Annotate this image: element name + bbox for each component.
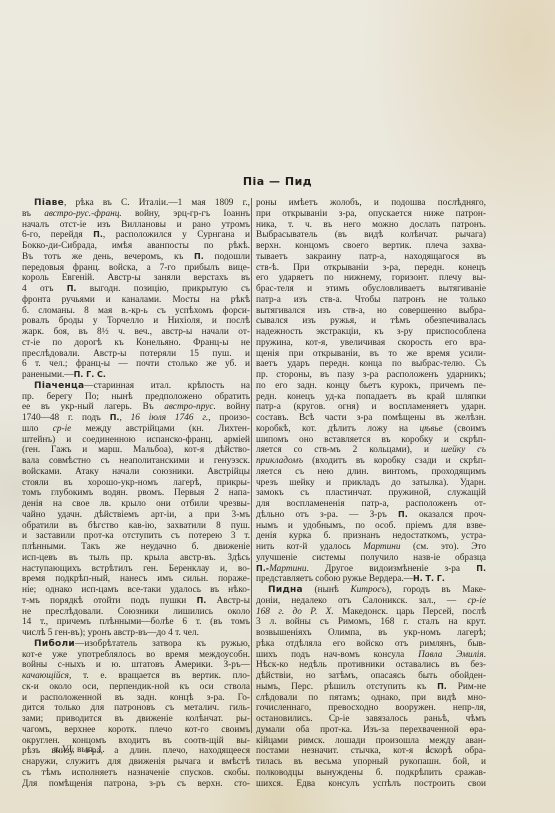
- text-run: 1740—48 г. подъ: [22, 413, 110, 423]
- text-line: ст-іе по дорогѣ къ Конельяно. Франц-ы не: [22, 338, 250, 349]
- text-run: . Другое видоизмѣненіе з-ра: [306, 564, 476, 574]
- text-line: не преслѣдовали. Союзники лишились около: [22, 607, 250, 618]
- text-line: Пиболи—изобрѣтатель затвора къ ружью,: [22, 639, 250, 650]
- italic-text: австро-рус.-франц.: [44, 209, 121, 219]
- text-line: тилась въ весьма упорный рукопашн. бой, …: [256, 757, 486, 768]
- text-run: тилась въ весьма упорный рукопашн. бой, …: [256, 757, 486, 767]
- text-line: денія курка б. признанъ недостаткомъ, ус…: [256, 531, 486, 542]
- text-line: ляется со ств-мъ 2 кольцами), и шейку съ: [256, 445, 486, 456]
- text-run: наступающихъ встрѣтилъ ген. Беренклау и,…: [22, 564, 250, 574]
- footer-volume-note: т. VI, вып. 1.: [54, 745, 105, 755]
- text-run: плѣнными. Такъ же неудачно б. движеніе: [22, 542, 250, 552]
- text-line: по его задн. концу бьетъ курокъ, причемъ…: [256, 381, 486, 392]
- text-run: ), городъ въ Маке-: [386, 585, 486, 595]
- text-run: роны имѣетъ жолобъ, и подошва послѣдняго…: [256, 198, 486, 208]
- text-run: выгодн. позицію, прикрытую съ: [76, 284, 250, 294]
- text-line: время подкрѣп-ный, нанесъ имъ сильн. пор…: [22, 574, 250, 585]
- italic-text: прикладомъ: [256, 456, 303, 466]
- text-line: Нѣск-ко недѣль противники оставались въ …: [256, 660, 486, 671]
- abbrev-text: П.: [437, 682, 447, 691]
- running-head: Піа — Пид: [0, 175, 555, 188]
- text-run: .: [484, 650, 486, 660]
- italic-text: ср-іе: [53, 424, 72, 434]
- text-line: Піаве, рѣка въ С. Италіи.—1 мая 1809 г.,: [22, 198, 250, 209]
- italic-text: австро-прус.: [164, 402, 216, 412]
- text-line: патр-а (кругов. огня) и воспламеняетъ уд…: [256, 402, 486, 413]
- text-run: 6-го, перейдя: [22, 230, 93, 240]
- text-run: ніе; однако исп-цамъ все-таки удалось въ…: [22, 585, 250, 595]
- text-run: передовыя франц. войска, а 7-го прибылъ …: [22, 263, 250, 273]
- text-run: подошли: [204, 252, 250, 262]
- text-run: король Евгеній. Австр-ы заняли верстахъ …: [22, 273, 250, 283]
- text-run: денія на свое лв. крыло они отбили чрезв…: [22, 499, 250, 509]
- italic-text: Мартини: [269, 564, 306, 574]
- text-run: чагомъ, верхнее коротк. плечо кот-го сво…: [22, 725, 250, 735]
- text-line: представляетъ собою ружье Вердера.—Н. Т.…: [256, 574, 486, 585]
- text-line: преслѣдовали. Австр-ы потеряли 15 пуш. и: [22, 349, 250, 360]
- text-line: въ австро-рус.-франц. войну, эрц-гр-гъ І…: [22, 209, 250, 220]
- text-run: патр-а изъ ств-а. Чтобы патронъ не тольк…: [256, 295, 486, 305]
- text-line: роны имѣетъ жолобъ, и подошва послѣдняго…: [256, 198, 486, 209]
- text-line: и заставили прот-ка отступить съ потерею…: [22, 531, 250, 542]
- text-line: войны с-ныхъ и ю. штатовъ Америки. З-ръ—: [22, 660, 250, 671]
- text-run: патр-а (кругов. огня) и воспламеняетъ уд…: [256, 402, 486, 412]
- text-run: кот-е уже употреблялось во время междоус…: [22, 650, 250, 660]
- text-line: 1740—48 г. подъ П., 16 іюля 1746 г., про…: [22, 413, 250, 424]
- text-line: гочисленнаго, превосходно вооружен. непр…: [256, 703, 486, 714]
- text-line: ника, т. ч. въ него можно дослать патрон…: [256, 220, 486, 231]
- text-line: зами; приводится въ движеніе колѣнчат. р…: [22, 714, 250, 725]
- footer-signature-number: 1: [426, 745, 431, 755]
- text-line: фронта ручьями и каналами. Мосты на рѣкѣ: [22, 295, 250, 306]
- text-line: 4 отъ П. выгодн. позицію, прикрытую съ: [22, 284, 250, 295]
- text-run: не преслѣдовали. Союзники лишились около: [22, 607, 250, 617]
- text-run: Въ тотъ же день, вечеромъ, къ: [22, 252, 194, 262]
- abbrev-text: П.: [93, 230, 103, 239]
- text-line: (ген. Гажъ и марш. Мальбоа), кот-я дѣйст…: [22, 445, 250, 456]
- text-run: , т. е. вращается въ вертик. пло-: [69, 671, 250, 681]
- text-run: (ген. Гажъ и марш. Мальбоа), кот-я дѣйст…: [22, 445, 250, 455]
- italic-text: качающійся: [22, 671, 69, 681]
- text-line: дѣльно отъ з-ра. — З-ръ П. оказался проч…: [256, 510, 486, 521]
- text-run: преслѣдовали. Австр-ы потеряли 15 пуш. и: [22, 349, 250, 359]
- text-line: патр-а изъ ств-а. Чтобы патронъ не тольк…: [256, 295, 486, 306]
- text-line: улучшеніе системы получило назв-іе образ…: [256, 553, 486, 564]
- abbrev-text: П. Г. С.: [74, 370, 106, 379]
- text-run: Для помѣщенія патрона, з-ръ съ верхн. ст…: [22, 779, 250, 789]
- text-line: полководцы вынуждены б. подкрѣпить сража…: [256, 768, 486, 779]
- text-run: ст-іе по дорогѣ къ Конельяно. Франц-ы не: [22, 338, 250, 348]
- text-line: редн. конецъ уд-ка попадаетъ въ край шля…: [256, 392, 486, 403]
- text-run: 6 т. чел.; франц-ы — почти столько же уб…: [22, 359, 250, 369]
- italic-text: шейку съ: [441, 445, 486, 455]
- text-line: б. сломаны. 8 мая в.-кр-ь съ успѣхомъ фо…: [22, 306, 250, 317]
- text-line: дится только для патроновъ съ металич. г…: [22, 703, 250, 714]
- text-line: рѣка отдѣляла его войско отъ римлянъ, бы…: [256, 639, 486, 650]
- text-run: исп-цевъ въ тылъ пр. крыла австр-въ. Здѣ…: [22, 553, 250, 563]
- entry-headword: Піаченца: [34, 381, 84, 391]
- text-run: Нѣск-ко недѣль противники оставались въ …: [256, 660, 486, 670]
- text-line: 3 л. войны съ Римомъ, 168 г. сталъ на кр…: [256, 617, 486, 628]
- text-line: Пидна (нынѣ Китросъ), городъ въ Маке-: [256, 585, 486, 596]
- text-line: Піаченца—старинная итал. крѣпость на: [22, 381, 250, 392]
- text-line: ніе; однако исп-цамъ все-таки удалось въ…: [22, 585, 250, 596]
- text-run: Бокко-ди-Сибрада, имѣя аванпосты по рѣкѣ…: [22, 241, 250, 251]
- text-line: жарк. боя, въ 8½ ч. веч., австр-ы начали…: [22, 327, 250, 338]
- text-line: его ударяетъ по нижнему, горизонт. плечу…: [256, 273, 486, 284]
- text-run: вытягивался изъ ств-а, но совершенно выб…: [256, 306, 486, 316]
- text-run: коробкѣ, кот. дѣлитъ ложу на: [256, 424, 419, 434]
- italic-text: 16 іюля 1746 г.: [131, 413, 209, 423]
- text-run: время подкрѣп-ный, нанесъ имъ сильн. пор…: [22, 574, 250, 584]
- text-line: денія на свое лв. крыло они отбили чрезв…: [22, 499, 250, 510]
- text-line: кійцами римск. лошади произошла между ав…: [256, 736, 486, 747]
- text-line: пр. стороны, въ пазу з-ра расположенъ уд…: [256, 370, 486, 381]
- text-run: (нынѣ: [303, 585, 351, 595]
- text-line: съ тѣмъ исполняетъ назначеніе спусков. с…: [22, 768, 250, 779]
- text-line: сывался изъ ружья, и тѣмъ обезпечивалась: [256, 316, 486, 327]
- text-run: надежность экстракціи, къ з-ру приспособ…: [256, 327, 486, 337]
- text-run: денія курка б. признанъ недостаткомъ, ус…: [256, 531, 486, 541]
- text-line: доніи, недалеко отъ Салоникск. зал., — с…: [256, 596, 486, 607]
- text-run: шло: [22, 424, 53, 434]
- text-line: томъ глубокимъ водян. рвомъ. Первыя 2 на…: [22, 488, 250, 499]
- text-line: замокъ съ пластинчат. пружиной, служащій: [256, 488, 486, 499]
- text-run: б. сломаны. 8 мая в.-кр-ь съ успѣхомъ фо…: [22, 306, 250, 316]
- italic-text: цѣвье: [419, 424, 442, 434]
- text-run: верхн. концомъ своего вертик. плеча захв…: [256, 241, 486, 251]
- text-line: тываетъ закраину патр-а, находящагося въ: [256, 252, 486, 263]
- abbrev-text: П.: [197, 596, 207, 605]
- text-run: остановились. Ср-іе завязалось раньѣ, чѣ…: [256, 714, 486, 724]
- text-line: составъ. Всѣ части з-ра помѣщены въ желѣ…: [256, 413, 486, 424]
- text-run: снаружи, служитъ для движенія рычага и в…: [22, 757, 250, 767]
- italic-text: ср-іе: [467, 596, 486, 606]
- text-run: и расположенной въ задн. концѣ з-ра. Го-: [22, 693, 250, 703]
- text-run: округлен. концомъ входитъ въ соотв-щій в…: [22, 736, 250, 746]
- text-run: представляетъ собою ружье Вердера.—: [256, 574, 413, 584]
- text-run: (см. это). Это: [401, 542, 486, 552]
- text-run: , рѣка въ С. Италіи.—1 мая 1809 г.,: [64, 198, 250, 208]
- text-line: исп-цевъ въ тылъ пр. крыла австр-въ. Здѣ…: [22, 553, 250, 564]
- text-run: сывался изъ ружья, и тѣмъ обезпечивалась: [256, 316, 486, 326]
- text-line: вытягивался изъ ств-а, но совершенно выб…: [256, 306, 486, 317]
- text-run: ств-ѣ. При открываніи з-ра, передн. коне…: [256, 263, 486, 273]
- text-run: войну: [216, 402, 250, 412]
- entry-headword: Пидна: [268, 585, 303, 595]
- text-run: пр. берегу По; нынѣ предположено обратит…: [22, 392, 250, 402]
- text-line: нить кот-й удалось Мартини (см. это). Эт…: [256, 542, 486, 553]
- text-run: постами незначит. стычка, кот-я вскорѣ о…: [256, 746, 486, 756]
- text-run: между австрійцами (кн. Лихтен-: [71, 424, 250, 434]
- right-column: роны имѣетъ жолобъ, и подошва послѣдняго…: [256, 198, 486, 789]
- text-run: (входитъ въ коробку сзади и скрѣп-: [303, 456, 486, 466]
- text-run: —старинная итал. крѣпость на: [84, 381, 250, 391]
- italic-text: Павла Эмилія: [418, 650, 484, 660]
- text-line: пружина, кот-я, увеличивая скорость его …: [256, 338, 486, 349]
- text-run: шипомъ оно вставляется въ коробку и скрѣ…: [256, 435, 486, 445]
- text-line: ее въ укр-ный лагерь. Въ австро-прус. во…: [22, 402, 250, 413]
- entry-headword: Пиболи: [34, 639, 75, 649]
- text-line: шихъ подъ нач-вомъ консула Павла Эмилія.: [256, 650, 486, 661]
- encyclopedia-page: Піа — Пид Піаве, рѣка въ С. Италіи.—1 ма…: [0, 0, 555, 813]
- text-run: ее въ укр-ный лагерь. Въ: [22, 402, 164, 412]
- text-run: ,: [119, 413, 130, 423]
- text-line: качающійся, т. е. вращается въ вертик. п…: [22, 671, 250, 682]
- text-line: ровалъ броды у Торчелло и Нихіоля, и пос…: [22, 316, 250, 327]
- italic-text: Китросъ: [350, 585, 386, 595]
- text-line: 6 т. чел.; франц-ы — почти столько же уб…: [22, 359, 250, 370]
- text-line: вала совмѣстно съ неаполитанскими и гену…: [22, 456, 250, 467]
- text-run: пр. стороны, въ пазу з-ра расположенъ уд…: [256, 370, 486, 380]
- text-line: остановились. Ср-іе завязалось раньѣ, чѣ…: [256, 714, 486, 725]
- text-run: 4 отъ: [22, 284, 67, 294]
- text-line: Бокко-ди-Сибрада, имѣя аванпосты по рѣкѣ…: [22, 241, 250, 252]
- text-line: штейнъ) и соединенною испанско-франц. ар…: [22, 435, 250, 446]
- text-line: наступающихъ встрѣтилъ ген. Беренклау и,…: [22, 564, 250, 575]
- text-run: войны с-ныхъ и ю. штатовъ Америки. З-ръ—: [22, 660, 250, 670]
- text-line: постами незначит. стычка, кот-я вскорѣ о…: [256, 746, 486, 757]
- text-line: П.-Мартини. Другое видоизмѣненіе з-ра П.: [256, 564, 486, 575]
- text-run: (своимъ: [443, 424, 486, 434]
- text-run: зами; приводится въ движеніе колѣнчат. р…: [22, 714, 250, 724]
- text-run: брас-теля и этимъ обусловливаетъ вытягив…: [256, 284, 486, 294]
- text-line: нымъ, Перс. рѣшилъ отступить къ П. Рим-н…: [256, 682, 486, 693]
- text-line: щенія при открываніи, въ то же время уси…: [256, 349, 486, 360]
- text-run: Македонск. царь Персей, послѣ: [334, 607, 486, 617]
- italic-text: Мартини: [363, 542, 400, 552]
- text-run: его ударяетъ по нижнему, горизонт. плечу…: [256, 273, 486, 283]
- text-line: и расположенной въ задн. концѣ з-ра. Го-: [22, 693, 250, 704]
- text-run: —изобрѣтатель затвора къ ружью,: [75, 639, 250, 649]
- text-line: коробкѣ, кот. дѣлитъ ложу на цѣвье (свои…: [256, 424, 486, 435]
- text-line: шихся. Едва консулъ успѣлъ построить сво…: [256, 779, 486, 790]
- abbrev-text: П.-: [256, 564, 269, 573]
- text-line: Для помѣщенія патрона, з-ръ съ верхн. ст…: [22, 779, 250, 790]
- text-run: , расположился у Сурнгана и: [103, 230, 250, 240]
- text-run: ваетъ ударъ передн. конца по выбрас-телю…: [256, 359, 486, 369]
- text-line: для воспламененія патр-а, расположенъ от…: [256, 499, 486, 510]
- text-run: шихъ подъ нач-вомъ консула: [256, 650, 418, 660]
- text-line: чайно удачн. дѣйствіемъ арт-іи, а при 3-…: [22, 510, 250, 521]
- text-line: ранеными.—П. Г. С.: [22, 370, 250, 381]
- text-run: нить кот-й удалось: [256, 542, 363, 552]
- text-run: составъ. Всѣ части з-ра помѣщены въ желѣ…: [256, 413, 486, 423]
- text-run: оказался проч-: [408, 510, 486, 520]
- text-run: щенія при открываніи, въ то же время уси…: [256, 349, 486, 359]
- text-run: началъ отст-іе изъ Виллановы и рано утро…: [22, 220, 250, 230]
- text-run: улучшеніе системы получило назв-іе образ…: [256, 553, 486, 563]
- text-line: кот-е уже употреблялось во время междоус…: [22, 650, 250, 661]
- text-run: чайно удачн. дѣйствіемъ арт-іи, а при 3-…: [22, 510, 250, 520]
- text-run: числѣ 5 ген-въ); уронъ австр-въ—до 4 т. …: [22, 628, 199, 638]
- text-run: кійцами римск. лошади произошла между ав…: [256, 736, 486, 746]
- text-line: шло ср-іе между австрійцами (кн. Лихтен-: [22, 424, 250, 435]
- text-line: надежность экстракціи, къ з-ру приспособ…: [256, 327, 486, 338]
- text-line: верхн. концомъ своего вертик. плеча захв…: [256, 241, 486, 252]
- abbrev-text: П.: [110, 413, 120, 422]
- text-run: замокъ съ пластинчат. пружиной, служащій: [256, 488, 486, 498]
- italic-text: 168 г. до Р. Х.: [256, 607, 334, 617]
- text-run: Австр-ы: [206, 596, 250, 606]
- text-run: ск-и около оси, перпендик-ной къ оси ств…: [22, 682, 250, 692]
- text-run: т-мъ порядкѣ отойти подъ пушки: [22, 596, 197, 606]
- abbrev-text: Н. Т. Г.: [413, 574, 445, 583]
- text-line: думали оба прот-ка. Изъ-за перехваченной…: [256, 725, 486, 736]
- text-run: дѣйствіи, но затѣмъ, опасаясь быть обойд…: [256, 671, 486, 681]
- text-run: Выбрасыватель (въ видѣ колѣнчат. рычага): [256, 230, 486, 240]
- text-line: ств-ѣ. При открываніи з-ра, передн. коне…: [256, 263, 486, 274]
- text-line: передовыя франц. войска, а 7-го прибылъ …: [22, 263, 250, 274]
- text-run: тываетъ закраину патр-а, находящагося въ: [256, 252, 486, 262]
- text-run: доніи, недалеко отъ Салоникск. зал., —: [256, 596, 467, 606]
- text-run: дѣльно отъ з-ра. — З-ръ: [256, 510, 398, 520]
- text-run: Рим-не: [447, 682, 486, 692]
- text-line: ваетъ ударъ передн. конца по выбрас-телю…: [256, 359, 486, 370]
- text-run: дится только для патроновъ съ металич. г…: [22, 703, 250, 713]
- column-divider: [251, 198, 252, 733]
- text-line: король Евгеній. Австр-ы заняли верстахъ …: [22, 273, 250, 284]
- text-run: въ: [22, 209, 44, 219]
- text-line: снаружи, служитъ для движенія рычага и в…: [22, 757, 250, 768]
- text-line: 6-го, перейдя П., расположился у Сурнган…: [22, 230, 250, 241]
- text-run: возвышеніяхъ Олимпа, въ укр-номъ лагерѣ;: [256, 628, 486, 638]
- text-run: войсками. Атаку начали союзники. Австрій…: [22, 467, 250, 477]
- text-line: войсками. Атаку начали союзники. Австрій…: [22, 467, 250, 478]
- text-run: гочисленнаго, превосходно вооружен. непр…: [256, 703, 486, 713]
- text-line: 168 г. до Р. Х. Македонск. царь Персей, …: [256, 607, 486, 618]
- text-line: дѣйствіи, но затѣмъ, опасаясь быть обойд…: [256, 671, 486, 682]
- text-line: пр. берегу По; нынѣ предположено обратит…: [22, 392, 250, 403]
- text-run: ляется со ств-мъ 2 кольцами), и: [256, 445, 441, 455]
- abbrev-text: П.: [67, 284, 77, 293]
- text-line: числѣ 5 ген-въ); уронъ австр-въ—до 4 т. …: [22, 628, 250, 639]
- text-line: плѣнными. Такъ же неудачно б. движеніе: [22, 542, 250, 553]
- left-column: Піаве, рѣка въ С. Италіи.—1 мая 1809 г.,…: [22, 198, 250, 789]
- text-run: съ тѣмъ исполняетъ назначеніе спусков. с…: [22, 768, 250, 778]
- text-run: думали оба прот-ка. Изъ-за перехваченной…: [256, 725, 486, 735]
- text-line: Выбрасыватель (въ видѣ колѣнчат. рычага): [256, 230, 486, 241]
- text-run: обратили въ бѣгство кав-ію, захватили 8 …: [22, 521, 250, 531]
- text-run: рѣка отдѣляла его войско отъ римлянъ, бы…: [256, 639, 486, 649]
- abbrev-text: П.: [476, 564, 486, 573]
- text-run: по его задн. концу бьетъ курокъ, причемъ…: [256, 381, 486, 391]
- text-line: ляется съ нею длин. винтомъ, проходящимъ: [256, 467, 486, 478]
- text-run: редн. конецъ уд-ка попадаетъ въ край шля…: [256, 392, 486, 402]
- text-run: ляется съ нею длин. винтомъ, проходящимъ: [256, 467, 486, 477]
- text-line: ск-и около оси, перпендик-ной къ оси ств…: [22, 682, 250, 693]
- text-line: стояли въ хорошо-укр-номъ лагерѣ, прикры…: [22, 478, 250, 489]
- text-line: 14 т., причемъ плѣнными—болѣе 6 т. (въ т…: [22, 617, 250, 628]
- text-run: полководцы вынуждены б. подкрѣпить сража…: [256, 768, 486, 778]
- text-line: т-мъ порядкѣ отойти подъ пушки П. Австр-…: [22, 596, 250, 607]
- text-line: обратили въ бѣгство кав-ію, захватили 8 …: [22, 521, 250, 532]
- entry-headword: Піаве: [34, 198, 64, 208]
- text-run: 14 т., причемъ плѣнными—болѣе 6 т. (въ т…: [22, 617, 250, 627]
- text-run: стояли въ хорошо-укр-номъ лагерѣ, прикры…: [22, 478, 250, 488]
- text-line: чагомъ, верхнее коротк. плечо кот-го сво…: [22, 725, 250, 736]
- text-run: при открываніи з-ра, опускается ниже пат…: [256, 209, 486, 219]
- text-line: прикладомъ (входитъ въ коробку сзади и с…: [256, 456, 486, 467]
- text-run: чрезъ шейку и прикладъ до затылка). Удар…: [256, 478, 486, 488]
- text-run: ранеными.—: [22, 370, 74, 380]
- text-run: нымъ, Перс. рѣшилъ отступить къ: [256, 682, 437, 692]
- text-run: слѣдовали по пятамъ; однако, при видѣ мн…: [256, 693, 486, 703]
- text-line: при открываніи з-ра, опускается ниже пат…: [256, 209, 486, 220]
- text-line: нымъ и удобнымъ, по особ. пріемъ для взв…: [256, 521, 486, 532]
- text-line: брас-теля и этимъ обусловливаетъ вытягив…: [256, 284, 486, 295]
- text-run: фронта ручьями и каналами. Мосты на рѣкѣ: [22, 295, 250, 305]
- text-run: томъ глубокимъ водян. рвомъ. Первыя 2 на…: [22, 488, 250, 498]
- text-line: чрезъ шейку и прикладъ до затылка). Удар…: [256, 478, 486, 489]
- text-run: и заставили прот-ка отступить съ потерею…: [22, 531, 250, 541]
- abbrev-text: П.: [398, 510, 408, 519]
- text-run: ника, т. ч. въ него можно дослать патрон…: [256, 220, 486, 230]
- text-line: шипомъ оно вставляется въ коробку и скрѣ…: [256, 435, 486, 446]
- text-run: ровалъ броды у Торчелло и Нихіоля, и пос…: [22, 316, 250, 326]
- text-run: вала совмѣстно съ неаполитанскими и гену…: [22, 456, 250, 466]
- text-run: жарк. боя, въ 8½ ч. веч., австр-ы начали…: [22, 327, 250, 337]
- text-run: , произо-: [208, 413, 250, 423]
- text-run: нымъ и удобнымъ, по особ. пріемъ для взв…: [256, 521, 486, 531]
- text-line: Въ тотъ же день, вечеромъ, къ П. подошли: [22, 252, 250, 263]
- text-run: шихся. Едва консулъ успѣлъ построить сво…: [256, 779, 486, 789]
- text-line: слѣдовали по пятамъ; однако, при видѣ мн…: [256, 693, 486, 704]
- text-run: войну, эрц-гр-гъ Іоаннъ: [122, 209, 250, 219]
- abbrev-text: П.: [194, 252, 204, 261]
- text-run: 3 л. войны съ Римомъ, 168 г. сталъ на кр…: [256, 617, 486, 627]
- text-run: для воспламененія патр-а, расположенъ от…: [256, 499, 486, 509]
- text-line: возвышеніяхъ Олимпа, въ укр-номъ лагерѣ;: [256, 628, 486, 639]
- text-line: началъ отст-іе изъ Виллановы и рано утро…: [22, 220, 250, 231]
- text-run: пружина, кот-я, увеличивая скорость его …: [256, 338, 486, 348]
- text-run: штейнъ) и соединенною испанско-франц. ар…: [22, 435, 250, 445]
